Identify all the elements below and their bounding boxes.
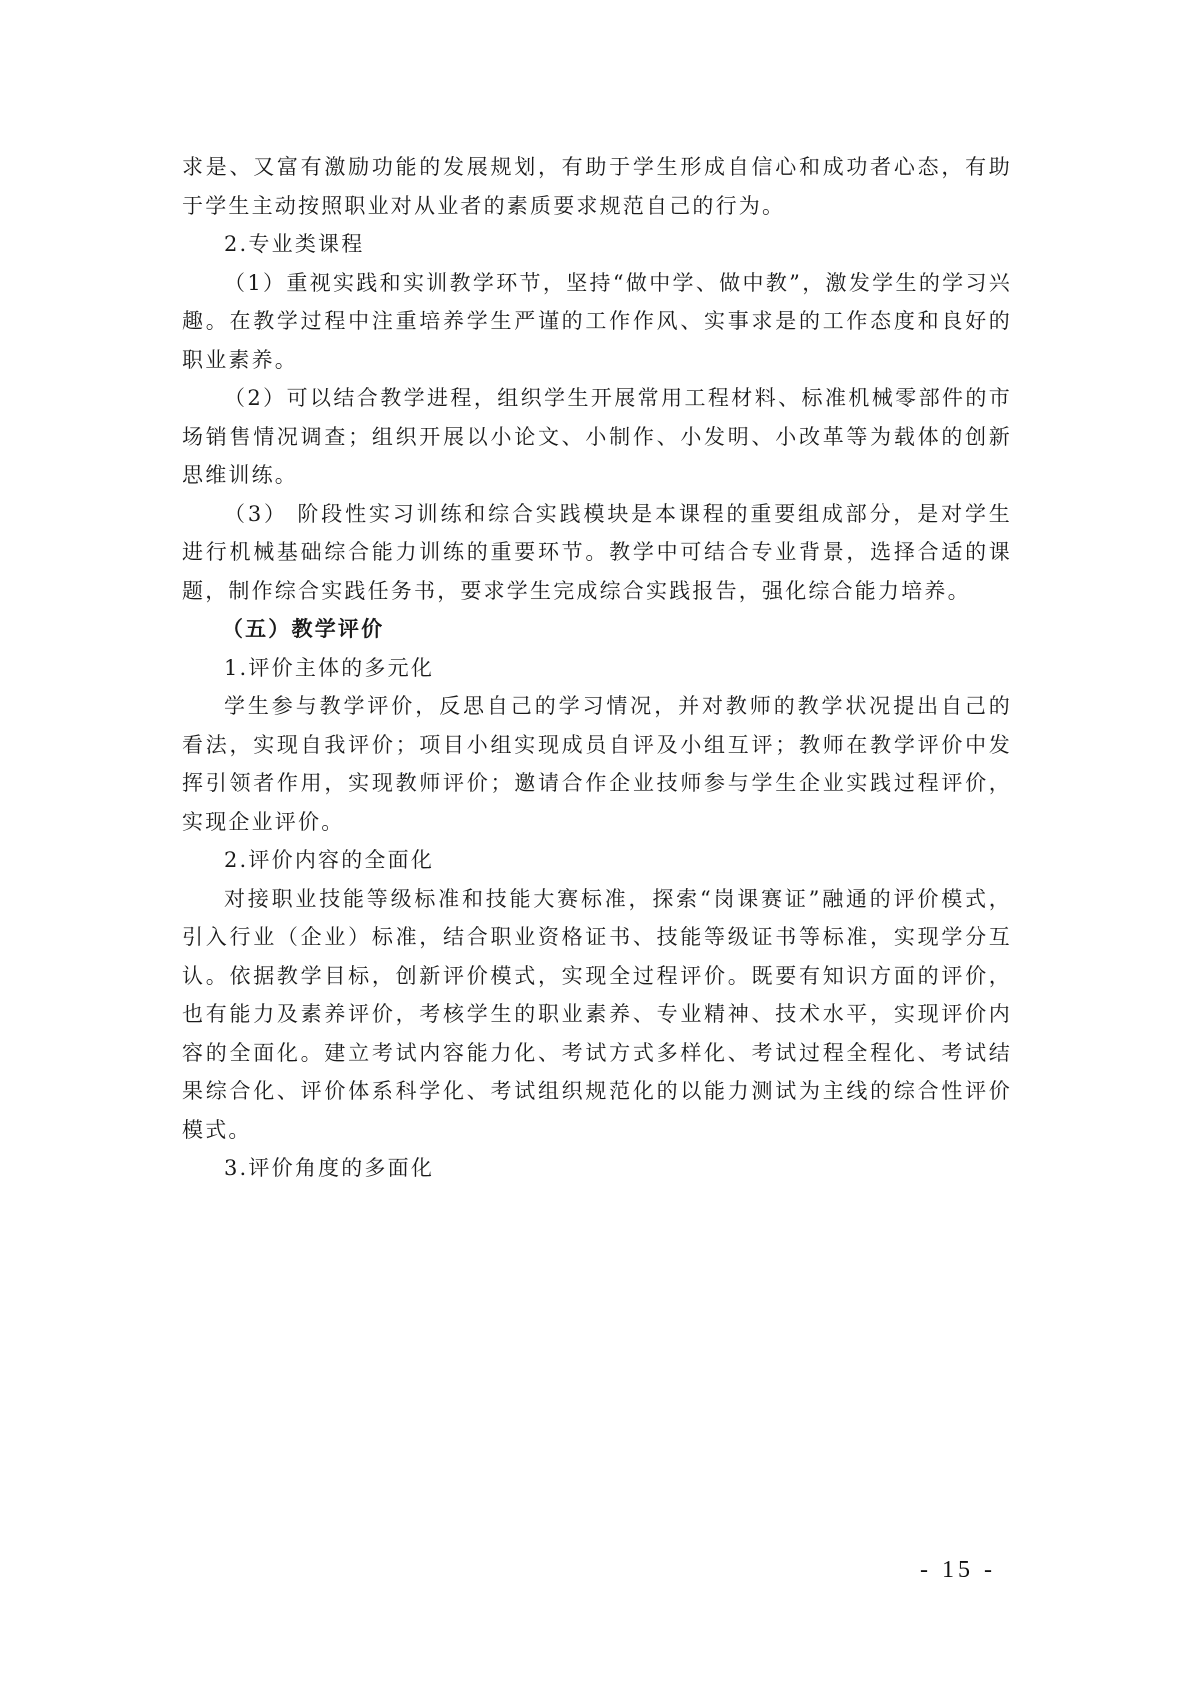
document-page: 求是、又富有激励功能的发展规划，有助于学生形成自信心和成功者心态，有助于学生主动… [0,0,1191,1684]
subheading-evaluation-content: 2.评价内容的全面化 [182,841,1012,880]
paragraph-item-2: （2）可以结合教学进程，组织学生开展常用工程材料、标准机械零部件的市场销售情况调… [182,379,1012,495]
paragraph-evaluation-subjects: 学生参与教学评价，反思自己的学习情况，并对教师的教学状况提出自己的看法，实现自我… [182,687,1012,841]
subheading-professional-courses: 2.专业类课程 [182,225,1012,264]
subheading-evaluation-angles: 3.评价角度的多面化 [182,1149,1012,1188]
page-number: - 15 - [920,1557,996,1584]
paragraph-continuation: 求是、又富有激励功能的发展规划，有助于学生形成自信心和成功者心态，有助于学生主动… [182,148,1012,225]
subheading-evaluation-subjects: 1.评价主体的多元化 [182,649,1012,688]
body-text: 求是、又富有激励功能的发展规划，有助于学生形成自信心和成功者心态，有助于学生主动… [182,148,1012,1188]
paragraph-item-1: （1）重视实践和实训教学环节，坚持“做中学、做中教”，激发学生的学习兴趣。在教学… [182,264,1012,380]
section-heading-teaching-evaluation: （五）教学评价 [182,610,1012,649]
paragraph-item-3: （3） 阶段性实习训练和综合实践模块是本课程的重要组成部分，是对学生进行机械基础… [182,495,1012,611]
paragraph-evaluation-content: 对接职业技能等级标准和技能大赛标准，探索“岗课赛证”融通的评价模式，引入行业（企… [182,880,1012,1150]
